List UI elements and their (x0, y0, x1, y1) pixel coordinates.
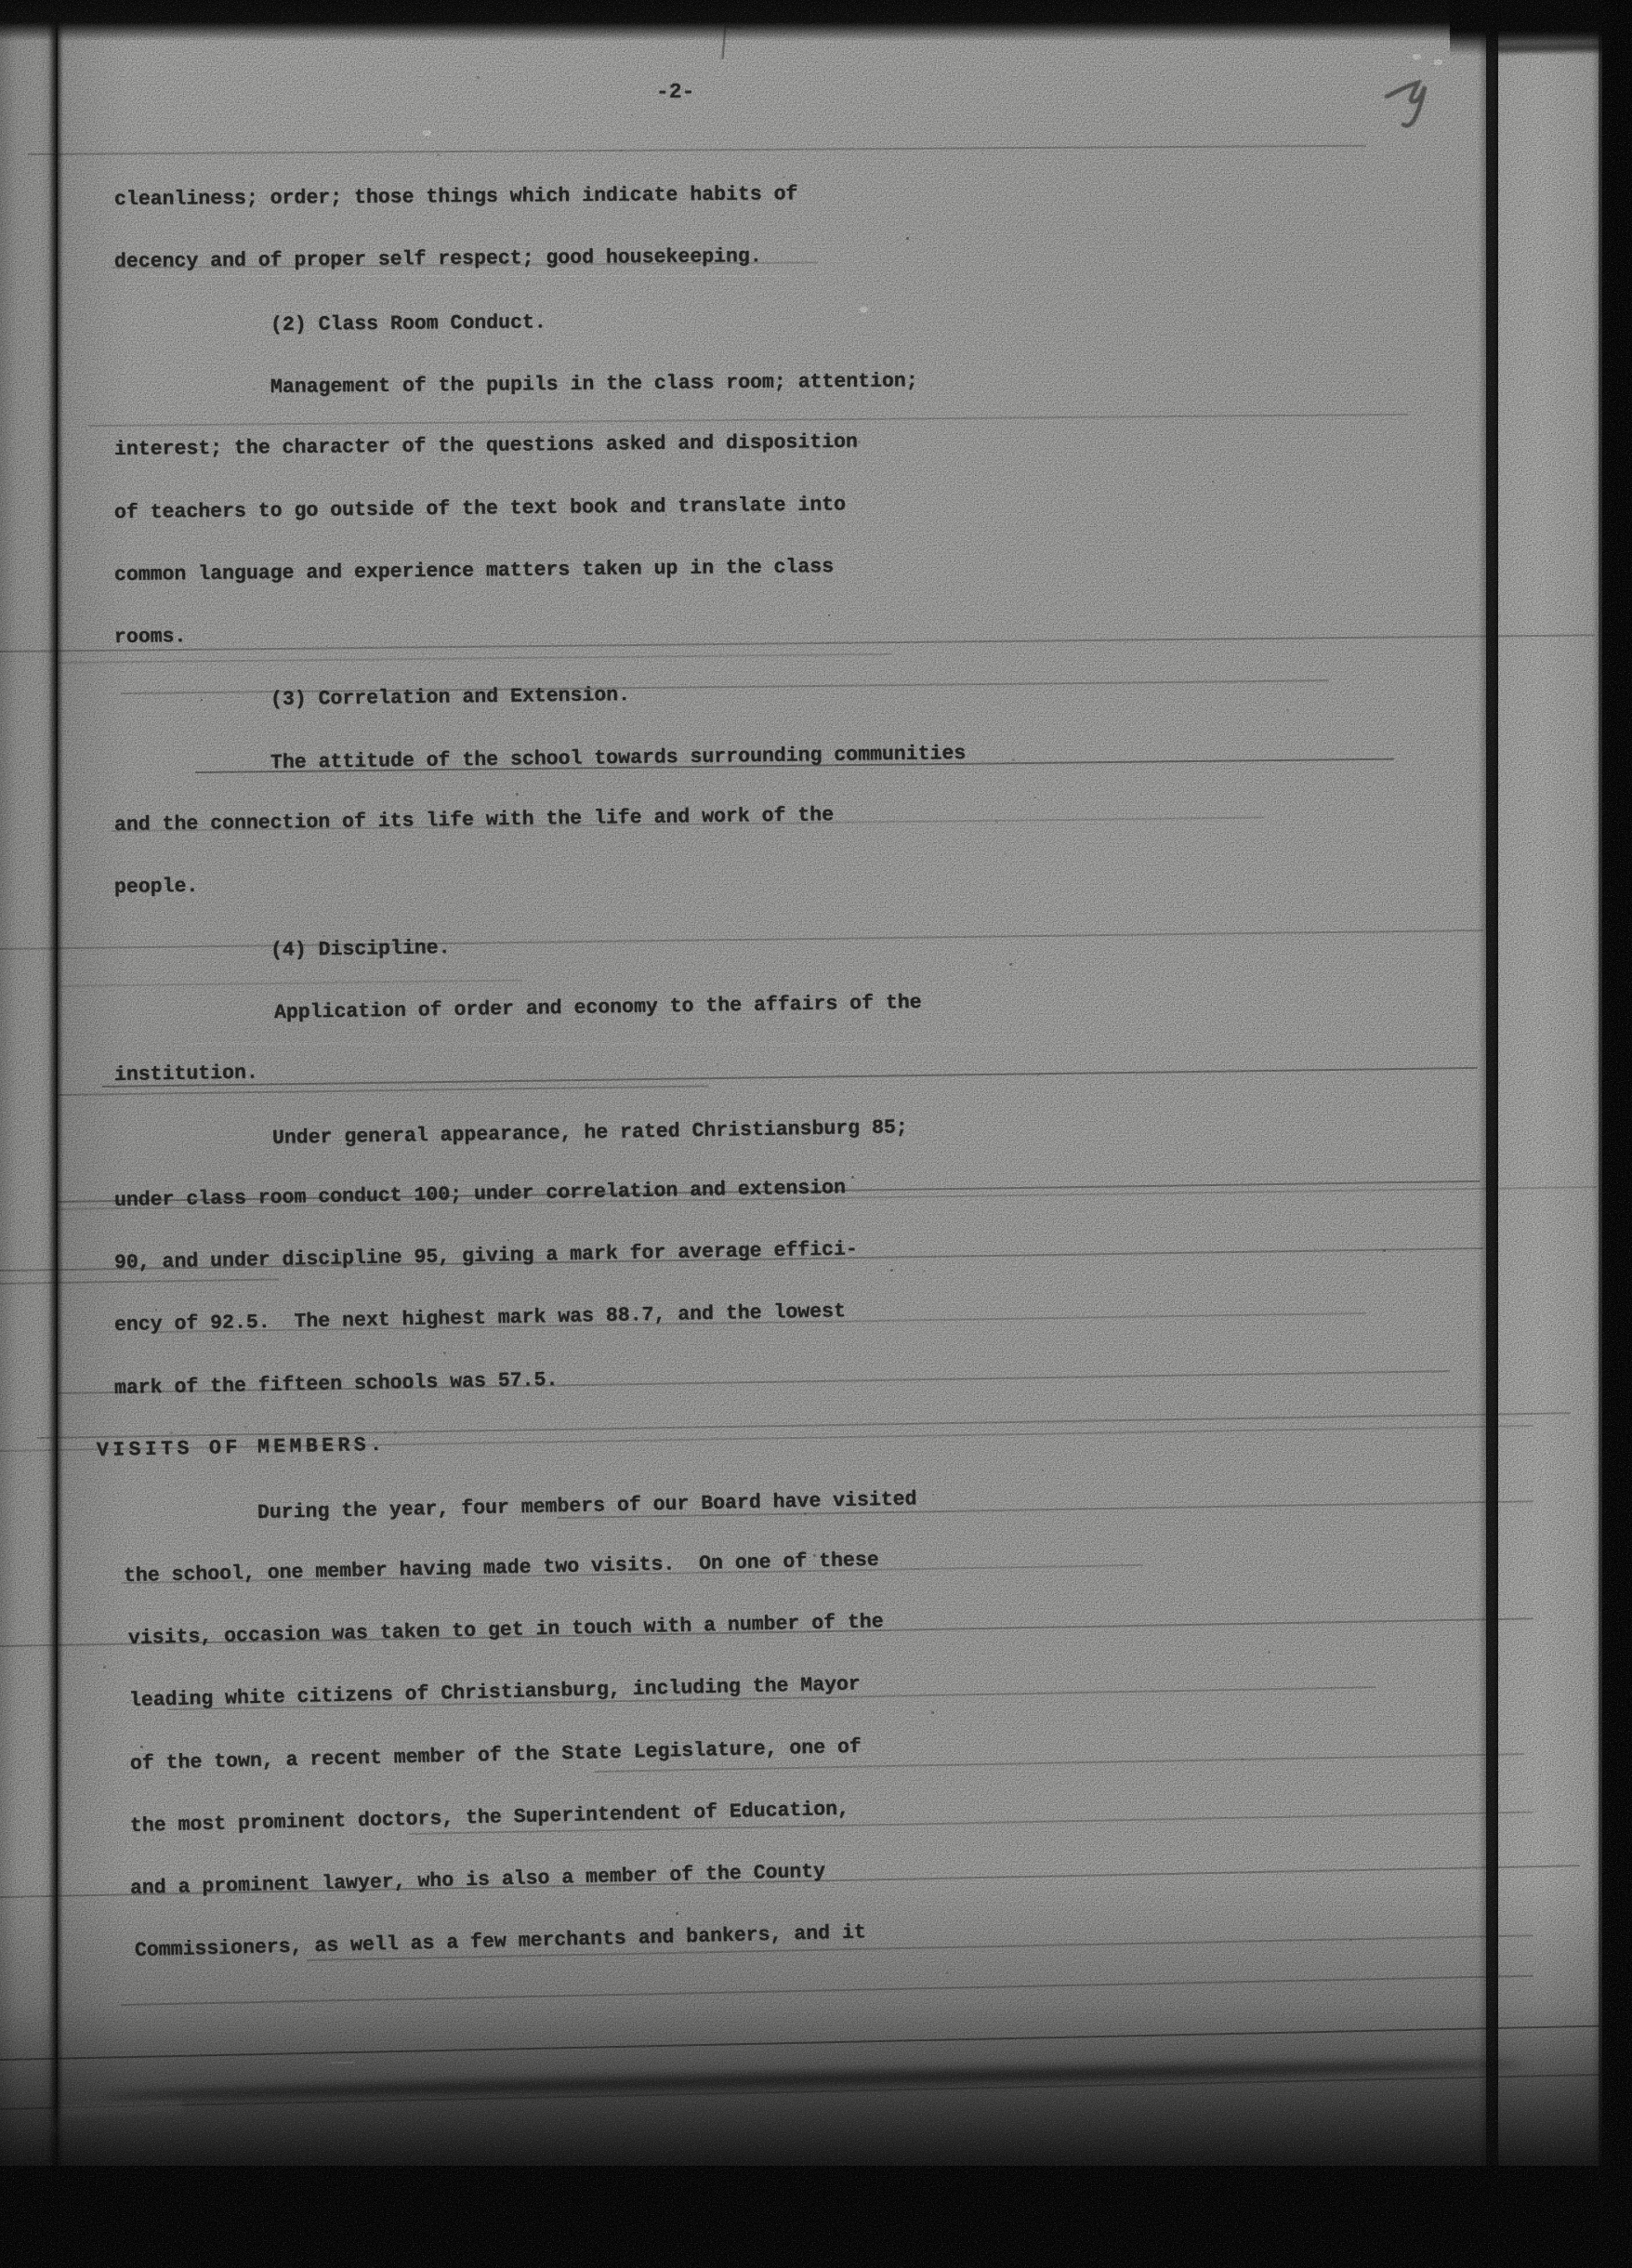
text-line: (4) Discipline. (270, 939, 451, 961)
dust-speck (103, 1666, 106, 1668)
dust-speck (981, 152, 983, 154)
dust-speck (437, 153, 440, 156)
dust-speck (880, 1141, 881, 1141)
text-line: (3) Correlation and Extension. (270, 686, 630, 710)
dust-speck (1286, 709, 1289, 712)
dust-speck (323, 935, 325, 937)
adjacent-page-edge (1498, 28, 1602, 2186)
page-number: -2- (656, 80, 695, 104)
dust-speck (995, 821, 998, 824)
film-edge-left (0, 17, 56, 2182)
document-scan: cleanliness; order; those things which i… (0, 0, 1632, 2268)
dust-speck (1388, 378, 1390, 381)
page-fold-line (48, 19, 63, 2175)
handwritten-annotation (1383, 73, 1442, 140)
dust-speck (1037, 1074, 1040, 1076)
dust-speck (253, 388, 256, 390)
dust-speck (906, 237, 909, 240)
dust-speck (954, 864, 955, 866)
light-scratch (186, 1043, 1022, 1045)
dust-speck (1312, 551, 1315, 554)
bottom-film-edge (0, 2166, 1632, 2268)
dust-speck (1042, 1470, 1044, 1471)
dust-speck (1421, 1636, 1424, 1639)
dust-speck (631, 114, 633, 116)
dust-speck (132, 1662, 134, 1664)
dust-speck (923, 1270, 926, 1272)
text-line: institution. (114, 1063, 258, 1086)
dust-speck (201, 699, 203, 701)
dust-speck (931, 1711, 934, 1714)
dust-speck (1034, 797, 1036, 798)
bright-speck (1434, 59, 1442, 65)
dust-speck (1009, 963, 1012, 966)
dust-speck (1004, 852, 1007, 855)
dust-speck (1012, 758, 1015, 761)
bright-speck (860, 307, 868, 312)
dust-speck (932, 1494, 934, 1496)
dust-speck (1268, 1651, 1270, 1654)
top-film-edge (0, 0, 1632, 41)
bright-speck (1413, 54, 1421, 59)
text-line: rooms. (114, 627, 187, 648)
right-film-edge (1599, 0, 1632, 2268)
dust-speck (890, 1269, 893, 1272)
dust-speck (1212, 481, 1214, 482)
light-scratch (149, 275, 790, 277)
dust-speck (1241, 1758, 1244, 1760)
dust-speck (858, 441, 861, 443)
dust-speck (140, 1746, 143, 1748)
dust-speck (394, 1431, 397, 1434)
dust-speck (828, 614, 830, 616)
dust-speck (670, 1859, 673, 1862)
dust-speck (783, 176, 785, 178)
bright-speck (423, 130, 431, 136)
dust-speck (516, 793, 519, 796)
text-line: people. (114, 877, 199, 899)
dust-speck (507, 1239, 509, 1241)
text-line: (2) Class Room Conduct. (270, 313, 546, 336)
